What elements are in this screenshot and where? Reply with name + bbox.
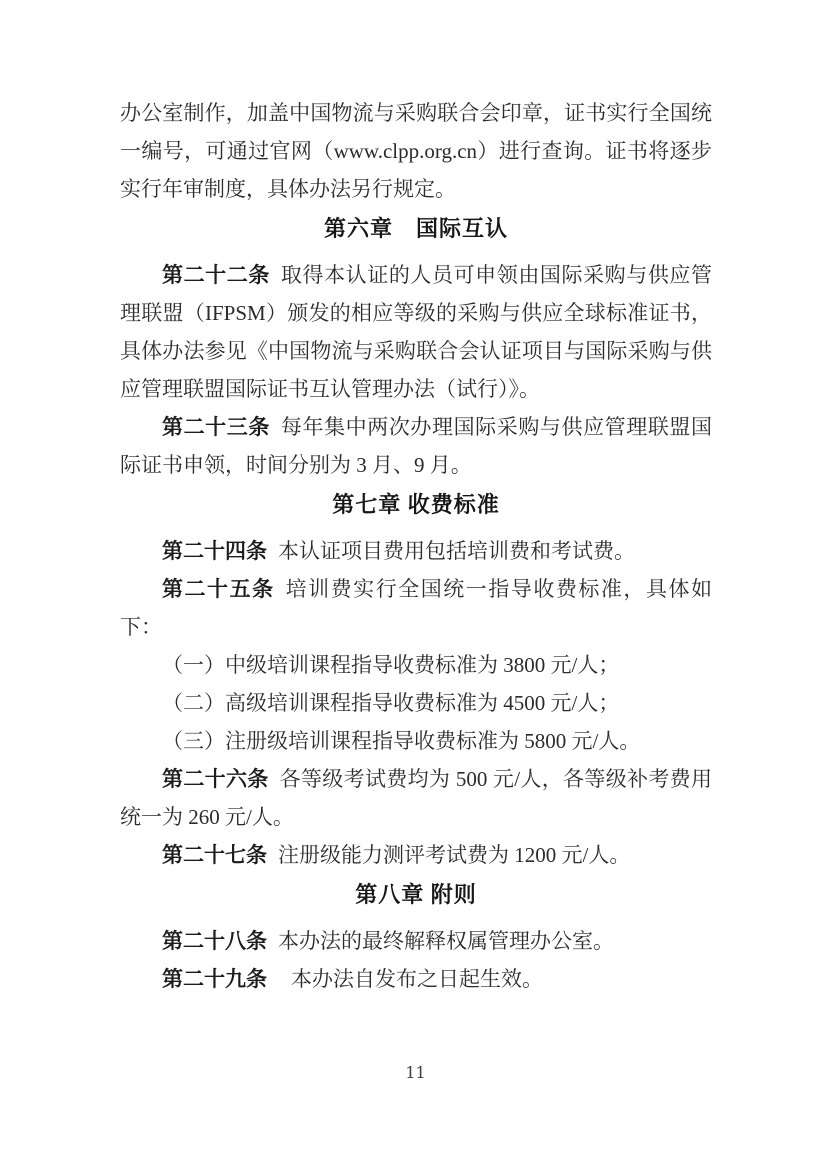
article-26: 第二十六条各等级考试费均为 500 元/人，各等级补考费用统一为 260 元/人… [120,760,712,836]
article-28-text: 本办法的最终解释权属管理办公室。 [278,929,614,953]
chapter-heading-6: 第六章 国际互认 [120,210,712,248]
article-29-number: 第二十九条 [162,967,267,991]
article-25: 第二十五条培训费实行全国统一指导收费标准，具体如下： [120,570,712,646]
fee-list-item-1: （一）中级培训课程指导收费标准为 3800 元/人； [120,646,712,684]
article-27-number: 第二十七条 [162,843,267,867]
chapter-heading-8: 第八章 附则 [120,876,712,914]
article-24-number: 第二十四条 [162,539,267,563]
article-27: 第二十七条注册级能力测评考试费为 1200 元/人。 [120,836,712,874]
article-23-number: 第二十三条 [162,415,270,439]
article-24: 第二十四条本认证项目费用包括培训费和考试费。 [120,532,712,570]
article-29: 第二十九条本办法自发布之日起生效。 [120,960,712,998]
article-28-number: 第二十八条 [162,929,267,953]
chapter-heading-7: 第七章 收费标准 [120,486,712,524]
article-26-number: 第二十六条 [162,767,269,791]
document-content: 办公室制作，加盖中国物流与采购联合会印章，证书实行全国统一编号，可通过官网（ww… [120,94,712,998]
article-24-text: 本认证项目费用包括培训费和考试费。 [278,539,635,563]
article-29-text: 本办法自发布之日起生效。 [291,967,543,991]
article-22: 第二十二条取得本认证的人员可申领由国际采购与供应管理联盟（IFPSM）颁发的相应… [120,256,712,408]
article-22-number: 第二十二条 [162,263,270,287]
article-23: 第二十三条每年集中两次办理国际采购与供应管理联盟国际证书申领，时间分别为 3 月… [120,408,712,484]
paragraph-continuation: 办公室制作，加盖中国物流与采购联合会印章，证书实行全国统一编号，可通过官网（ww… [120,94,712,208]
fee-list-item-2: （二）高级培训课程指导收费标准为 4500 元/人； [120,684,712,722]
page-number: 11 [0,1063,831,1083]
article-28: 第二十八条本办法的最终解释权属管理办公室。 [120,922,712,960]
article-27-text: 注册级能力测评考试费为 1200 元/人。 [278,843,630,867]
article-25-number: 第二十五条 [162,577,275,601]
document-page: 办公室制作，加盖中国物流与采购联合会印章，证书实行全国统一编号，可通过官网（ww… [0,0,831,1175]
fee-list-item-3: （三）注册级培训课程指导收费标准为 5800 元/人。 [120,722,712,760]
